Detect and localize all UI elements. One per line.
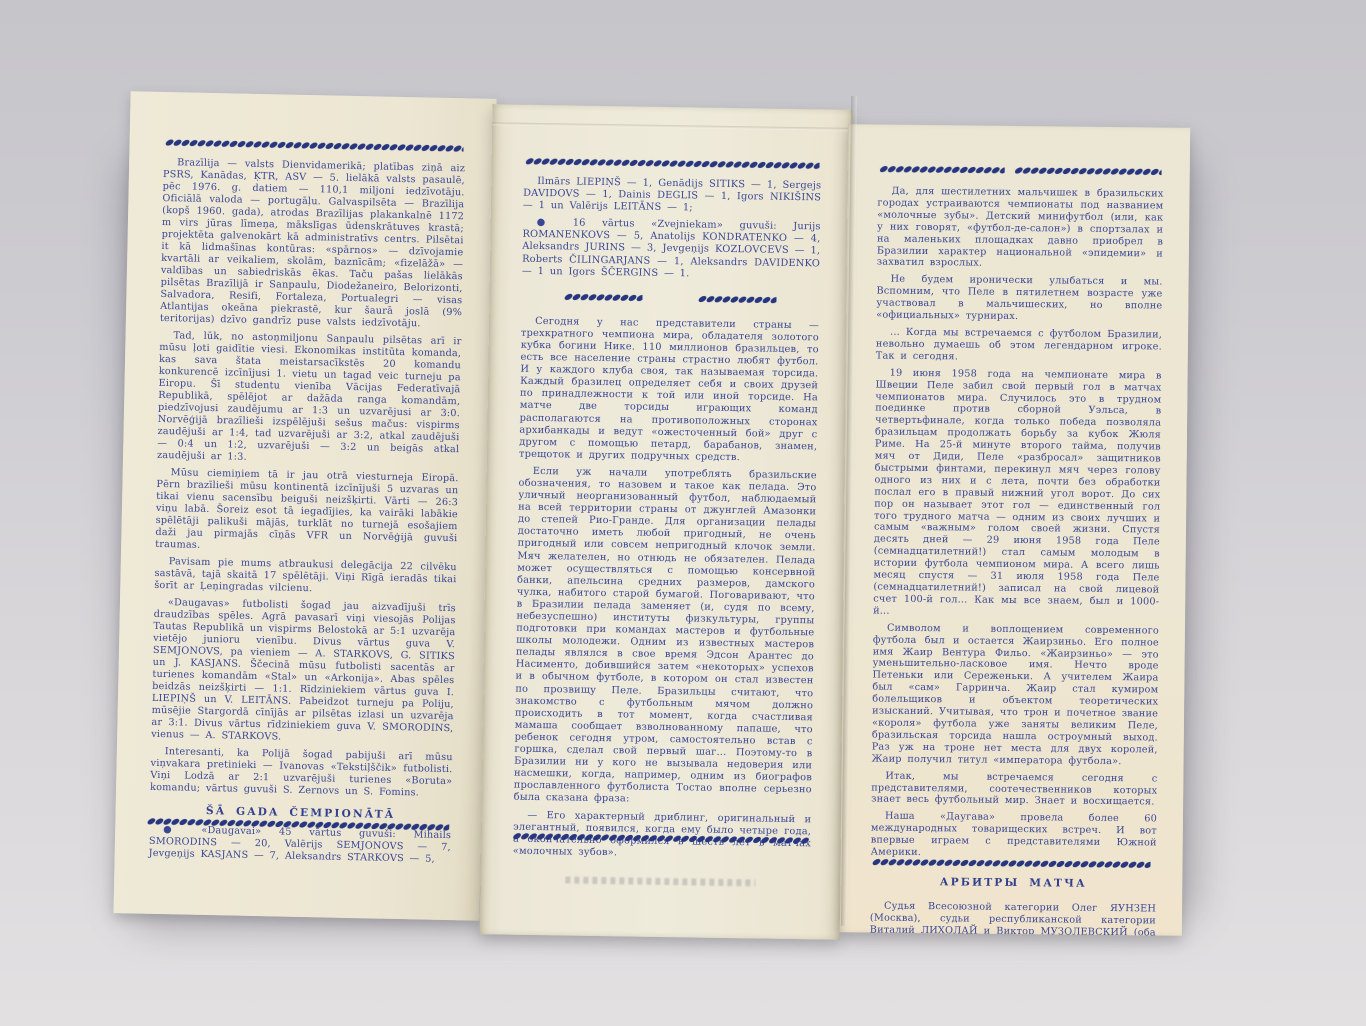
referees-paragraph: Судья Всесоюзной категории Олег ЯУНЗЕН (… bbox=[870, 900, 1156, 935]
paragraph: Не будем иронически улыбаться и мы. Вспо… bbox=[876, 274, 1162, 325]
paragraph: Mūsu ciemiņiem tā ir jau otrā viesturnej… bbox=[155, 467, 459, 557]
photo-background: Brazīlija — valsts Dienvidamerikā; platī… bbox=[0, 0, 1366, 1026]
paragraph: Pavisam pie mums atbraukusi delegācija 2… bbox=[154, 556, 457, 598]
brochure-panel-left: Brazīlija — valsts Dienvidamerikā; platī… bbox=[113, 91, 496, 920]
rope-border-bottom-right-panel bbox=[872, 858, 1150, 870]
rope-segment bbox=[1015, 166, 1162, 177]
paragraph: Символом и воплощением современного футб… bbox=[872, 622, 1159, 768]
rope-border-top-left-panel bbox=[165, 138, 463, 153]
panel-right-content: Да, для шестилетних мальчишек в бразильс… bbox=[840, 124, 1190, 936]
squiggle-ornament bbox=[698, 294, 776, 305]
squiggle-ornament bbox=[564, 292, 642, 303]
print-imprint-smudge bbox=[565, 876, 755, 886]
paragraph: ... Когда мы встречаемся с футболом Браз… bbox=[876, 327, 1162, 366]
rope-border-top-right-panel bbox=[880, 165, 1162, 177]
scorer-list-continued: Ilmārs LIEPIŅŠ — 1, Genādijs SITIKS — 1,… bbox=[523, 176, 822, 217]
panel-middle-content: Ilmārs LIEPIŅŠ — 1, Genādijs SITIKS — 1,… bbox=[480, 104, 853, 940]
paragraph: Сегодня у нас представители страны — тре… bbox=[519, 315, 819, 465]
rope-border-top-middle-panel bbox=[526, 157, 820, 171]
brochure-panel-right: Да, для шестилетних мальчишек в бразильс… bbox=[840, 124, 1190, 936]
paragraph: Interesanti, ka Polijā šogad pabijuši ar… bbox=[150, 746, 453, 800]
rope-segment bbox=[880, 165, 1005, 175]
paragraph: Да, для шестилетних мальчишек в бразильс… bbox=[877, 186, 1164, 272]
brochure-panel-middle: Ilmārs LIEPIŅŠ — 1, Genādijs SITIKS — 1,… bbox=[480, 104, 853, 940]
paragraph: Tad, lūk, no astoņmiljonu Sanpaulu pilsē… bbox=[157, 330, 462, 468]
paragraph: Brazīlija — valsts Dienvidamerikā; platī… bbox=[160, 157, 465, 331]
paragraph: Итак, мы встречаемся сегодня с представи… bbox=[871, 770, 1157, 809]
paragraph: Наша «Даугава» провела более 60 междунар… bbox=[871, 811, 1157, 862]
paragraph: Если уж начали употреблять бразильские о… bbox=[514, 466, 817, 809]
panel-left-content: Brazīlija — valsts Dienvidamerikā; platī… bbox=[113, 91, 496, 920]
scorer-list-zvejnieks: ● 16 vārtus «Zvejniekam» guvuši: Jurijs … bbox=[522, 217, 821, 282]
paragraph: «Daugavas» futbolisti šogad jau aizvadīj… bbox=[151, 597, 456, 747]
section-heading-referees: АРБИТРЫ МАТЧА bbox=[870, 876, 1156, 891]
ornament-row bbox=[521, 291, 819, 306]
paragraph: 19 июня 1958 года на чемпионате мира в Ш… bbox=[873, 367, 1162, 620]
